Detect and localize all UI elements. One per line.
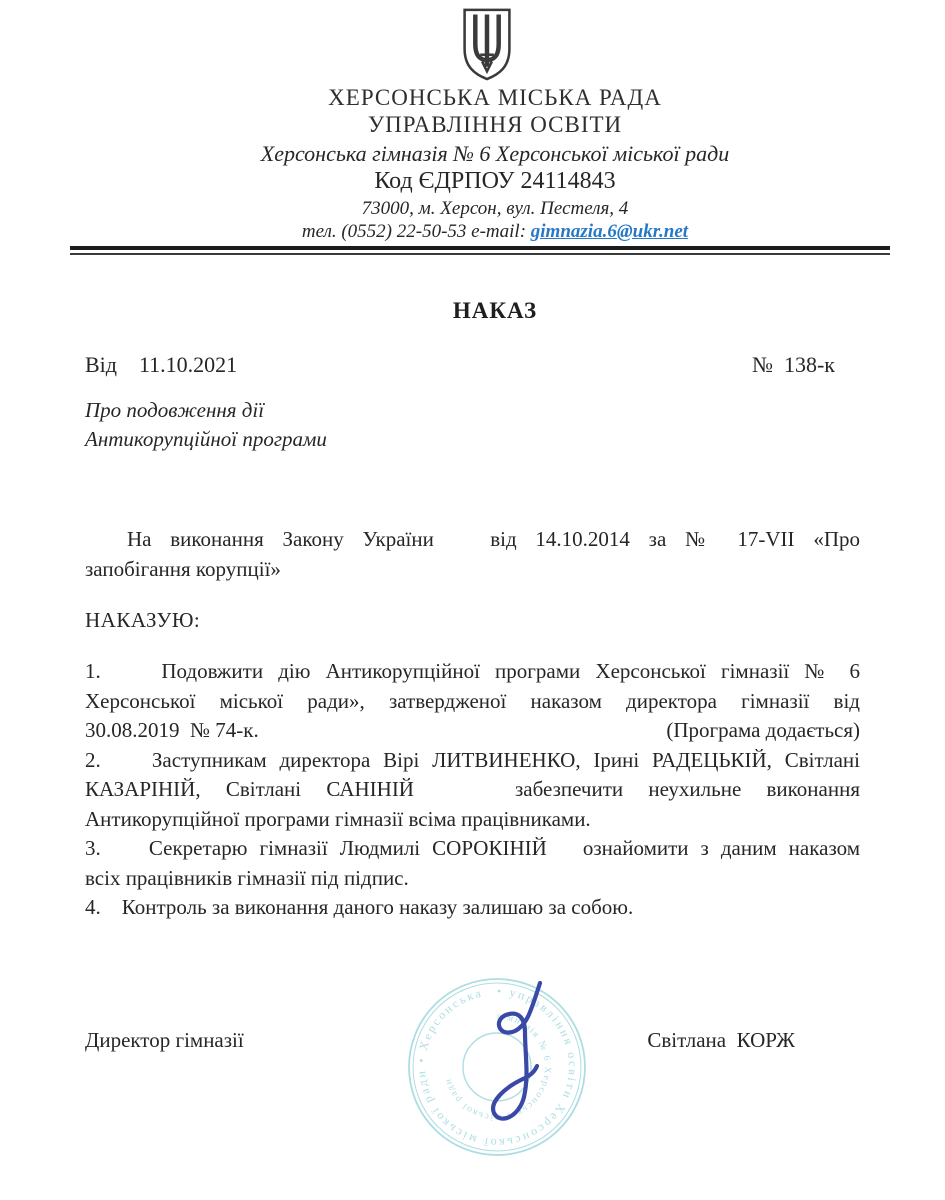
org-name-line2: УПРАВЛІННЯ ОСВІТИ — [80, 111, 910, 138]
order-number: № 138-к — [752, 352, 835, 378]
order-date-label: Від — [85, 352, 117, 377]
order-item-line: 4. Контроль за виконання даного наказу з… — [85, 893, 860, 923]
director-position: Директор гімназії — [85, 1028, 244, 1053]
edrpou-code: Код ЄДРПОУ 24114843 — [80, 168, 910, 195]
order-meta-row: Від11.10.2021 № 138-к — [85, 352, 865, 378]
order-item-line: 3. Секретарю гімназії Людмилі СОРОКІНІЙ … — [85, 834, 860, 864]
order-date: Від11.10.2021 — [85, 352, 237, 378]
school-name: Херсонська гімназія № 6 Херсонської місь… — [80, 140, 910, 168]
org-name-line1: ХЕРСОНСЬКА МІСЬКА РАДА — [80, 84, 910, 111]
postal-address: 73000, м. Херсон, вул. Пестеля, 4 — [80, 197, 910, 220]
order-item-line: 30.08.2019 № 74-к. (Програма додається) — [85, 716, 860, 746]
subject-line: Антикорупційної програми — [85, 425, 685, 454]
program-attached-note: (Програма додається) — [666, 716, 860, 746]
order-date-value: 11.10.2021 — [139, 352, 237, 377]
order-item-line: всіх працівників гімназії під підпис. — [85, 864, 860, 894]
order-items: 1. Подовжити дію Антикорупційної програм… — [85, 657, 860, 923]
order-title: НАКАЗ — [80, 298, 910, 324]
order-item-date-ref: 30.08.2019 № 74-к. — [85, 716, 259, 746]
letterhead-divider-rule — [70, 246, 890, 255]
director-name: Світлана КОРЖ — [647, 1028, 795, 1053]
ukraine-trident-icon — [452, 6, 522, 82]
subject-line: Про подовження дії — [85, 396, 685, 425]
letterhead: ХЕРСОНСЬКА МІСЬКА РАДА УПРАВЛІННЯ ОСВІТИ… — [80, 84, 910, 243]
contact-line: тел. (0552) 22-50-53 e-mail: gimnazia.6@… — [80, 220, 910, 243]
order-subject: Про подовження дії Антикорупційної прогр… — [85, 396, 685, 454]
email-link[interactable]: gimnazia.6@ukr.net — [531, 221, 688, 242]
order-preamble: На виконання Закону України від 14.10.20… — [85, 524, 860, 584]
signature-row: Директор гімназії Світлана КОРЖ — [85, 1028, 865, 1053]
scanned-order-document: ХЕРСОНСЬКА МІСЬКА РАДА УПРАВЛІННЯ ОСВІТИ… — [0, 0, 945, 1200]
order-item-line: 2. Заступникам директора Вірі ЛИТВИНЕНКО… — [85, 746, 860, 776]
handwritten-signature-ink — [445, 975, 605, 1155]
preamble-line: запобігання корупції» — [85, 554, 860, 584]
phone-and-email-label: тел. (0552) 22-50-53 e-mail: — [302, 221, 531, 242]
preamble-line: На виконання Закону України від 14.10.20… — [85, 524, 860, 554]
order-item-line: 1. Подовжити дію Антикорупційної програм… — [85, 657, 860, 687]
decree-word: НАКАЗУЮ: — [85, 608, 200, 633]
order-item-line: Херсонської міської ради», затвердженої … — [85, 687, 860, 717]
order-item-line: Антикорупційної програми гімназії всіма … — [85, 805, 860, 835]
order-item-line: КАЗАРІНІЙ, Світлані САНІНІЙ забезпечити … — [85, 775, 860, 805]
